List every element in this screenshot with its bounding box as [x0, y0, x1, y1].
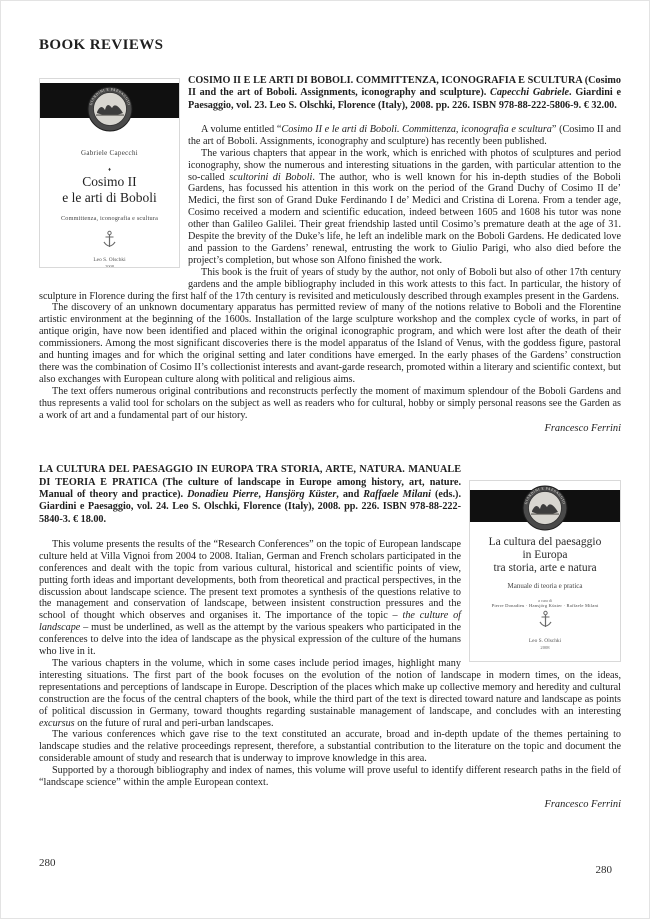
cover-subtitle: Committenza, iconografia e scultura [40, 213, 179, 225]
cover-year: 2008 [470, 642, 620, 654]
page-number-left: 280 [39, 857, 56, 869]
series-seal-icon: GIARDINI E PAESAGGIO [522, 485, 568, 531]
page-number-right: 280 [596, 864, 613, 876]
book-cover-paesaggio: GIARDINI E PAESAGGIO La cultura del paes… [461, 464, 621, 669]
review-paragraph: The discovery of an unknown documentary … [39, 302, 621, 385]
reviewer-signature: Francesco Ferrini [39, 799, 621, 811]
review-paragraph: The various conferences which gave rise … [39, 729, 621, 765]
cover-author: Gabriele Capecchi [40, 148, 179, 160]
cover-year: 2008 [40, 261, 179, 268]
review-paragraph: The text offers numerous original contri… [39, 386, 621, 422]
series-seal-icon: GIARDINI E PAESAGGIO [87, 86, 133, 132]
document-page: BOOK REVIEWS GIARDINI E PAESAGGIO Gabrie… [0, 0, 650, 919]
publisher-device-icon [40, 230, 179, 256]
cover-title-line: in Europa [470, 550, 620, 562]
cover-title-line: e le arti di Boboli [40, 192, 179, 204]
cover-title-line: Cosimo II [40, 176, 179, 188]
book-cover-cosimo: GIARDINI E PAESAGGIO Gabriele Capecchi ♦… [39, 75, 188, 279]
page-title: BOOK REVIEWS [39, 37, 619, 54]
review-paragraph: Supported by a thorough bibliography and… [39, 765, 621, 789]
reviewer-signature: Francesco Ferrini [39, 423, 621, 435]
cover-top-ornament [40, 79, 179, 82]
review-cultura-paesaggio: GIARDINI E PAESAGGIO La cultura del paes… [39, 464, 621, 810]
cover-subtitle: Manuale di teoria e pratica [470, 581, 620, 593]
cover-title-line: La cultura del paesaggio [470, 537, 620, 549]
cover-title-line: tra storia, arte e natura [470, 563, 620, 575]
publisher-device-icon [470, 610, 620, 636]
review-cosimo-ii: GIARDINI E PAESAGGIO Gabriele Capecchi ♦… [39, 75, 621, 434]
